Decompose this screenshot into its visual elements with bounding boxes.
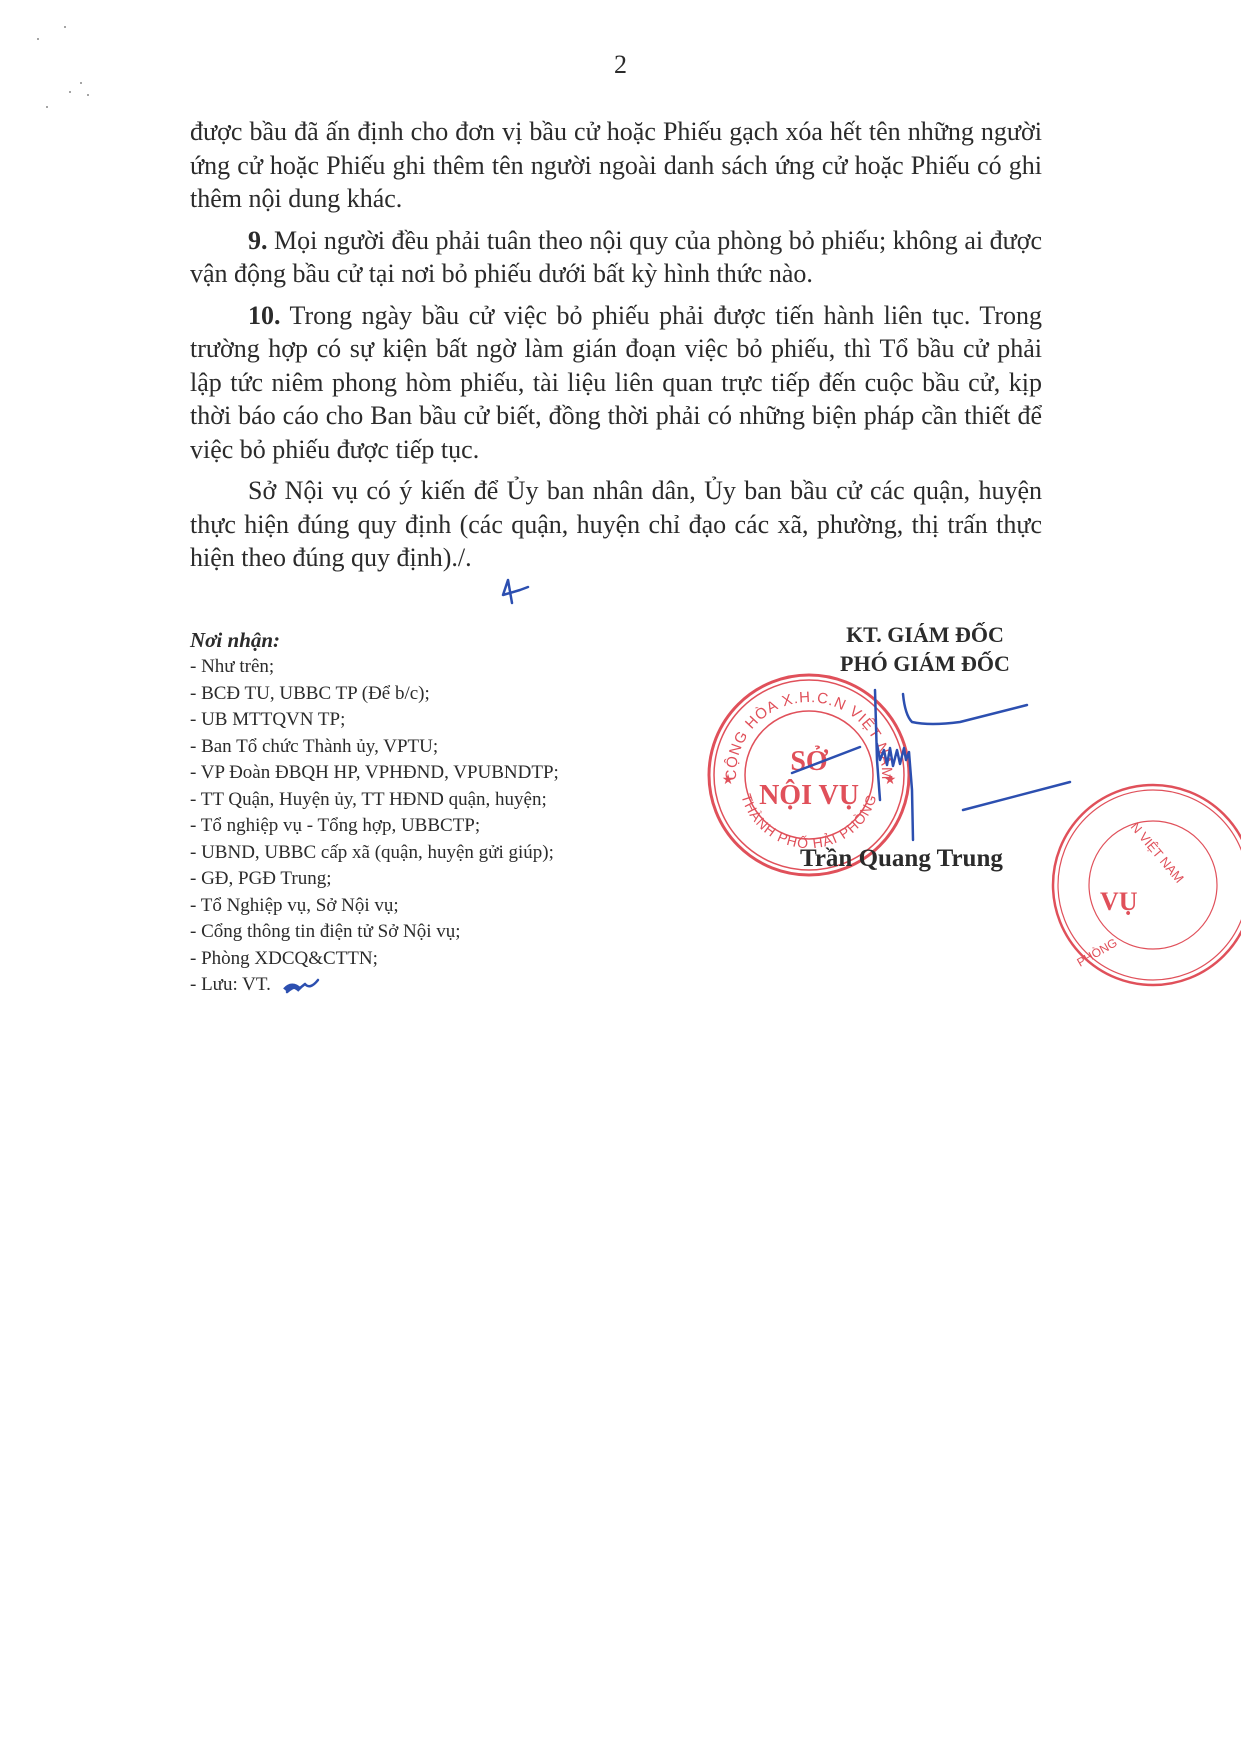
svg-text:PHÒNG: PHÒNG	[1074, 935, 1120, 970]
recipient-item: - VP Đoàn ĐBQH HP, VPHĐND, VPUBNDTP;	[190, 760, 559, 787]
recipient-item: - GĐ, PGĐ Trung;	[190, 866, 559, 893]
recipients-title: Nơi nhận:	[190, 626, 559, 654]
paragraph-text: được bầu đã ấn định cho đơn vị bầu cử ho…	[190, 117, 1042, 213]
signature-line-2: PHÓ GIÁM ĐỐC	[760, 649, 1090, 678]
recipients-block: Nơi nhận: - Như trên; - BCĐ TU, UBBC TP …	[190, 626, 559, 999]
paragraph-9: 9. Mọi người đều phải tuân theo nội quy …	[190, 224, 1042, 291]
recipient-item: - Ban Tổ chức Thành ủy, VPTU;	[190, 734, 559, 761]
recipient-item: - Lưu: VT.	[190, 972, 559, 999]
recipients-list: - Như trên; - BCĐ TU, UBBC TP (Để b/c); …	[190, 654, 559, 999]
scan-speck	[69, 91, 71, 93]
signature-line-1: KT. GIÁM ĐỐC	[760, 620, 1090, 649]
svg-text:N VIỆT NAM: N VIỆT NAM	[1128, 819, 1187, 885]
svg-text:NỘI VỤ: NỘI VỤ	[759, 780, 859, 811]
closing-paragraph: Sở Nội vụ có ý kiến để Ủy ban nhân dân, …	[190, 474, 1042, 575]
scan-speck	[37, 38, 39, 40]
recipient-item: - Cổng thông tin điện tử Sở Nội vụ;	[190, 919, 559, 946]
svg-text:VỤ: VỤ	[1100, 887, 1138, 916]
signer-name: Trần Quang Trung	[800, 845, 1003, 873]
recipient-item: - Phòng XDCQ&CTTN;	[190, 946, 559, 973]
paragraph-10: 10. Trong ngày bầu cử việc bỏ phiếu phải…	[190, 299, 1042, 467]
recipient-item: - BCĐ TU, UBBC TP (Để b/c);	[190, 681, 559, 708]
scan-speck	[80, 82, 82, 84]
scan-speck	[87, 94, 89, 96]
paragraph-number: 9.	[248, 226, 268, 255]
svg-text:★: ★	[722, 773, 735, 788]
paragraph-continuation: được bầu đã ấn định cho đơn vị bầu cử ho…	[190, 115, 1042, 216]
recipient-item: - Tổ nghiệp vụ - Tổng hợp, UBBCTP;	[190, 813, 559, 840]
partial-stamp-icon: N VIỆT NAM VỤ PHÒNG	[1050, 782, 1241, 988]
paragraph-text: Mọi người đều phải tuân theo nội quy của…	[190, 226, 1042, 289]
signature-title: KT. GIÁM ĐỐC PHÓ GIÁM ĐỐC	[760, 620, 1090, 678]
recipient-item: - UB MTTQVN TP;	[190, 707, 559, 734]
page-number: 2	[0, 50, 1241, 80]
paragraph-text: Trong ngày bầu cử việc bỏ phiếu phải đượ…	[190, 301, 1042, 464]
scan-speck	[64, 26, 66, 28]
recipient-item: - Tổ Nghiệp vụ, Sở Nội vụ;	[190, 893, 559, 920]
svg-text:SỞ: SỞ	[790, 746, 829, 777]
paragraph-number: 10.	[248, 301, 281, 330]
scan-speck	[46, 106, 48, 108]
svg-text:★: ★	[884, 773, 897, 788]
recipient-item: - TT Quận, Huyện ủy, TT HĐND quận, huyện…	[190, 787, 559, 814]
paragraph-text: Sở Nội vụ có ý kiến để Ủy ban nhân dân, …	[190, 476, 1042, 572]
recipient-item: - UBND, UBBC cấp xã (quận, huyện gửi giú…	[190, 840, 559, 867]
recipient-item: - Như trên;	[190, 654, 559, 681]
document-body: được bầu đã ấn định cho đơn vị bầu cử ho…	[190, 115, 1042, 575]
